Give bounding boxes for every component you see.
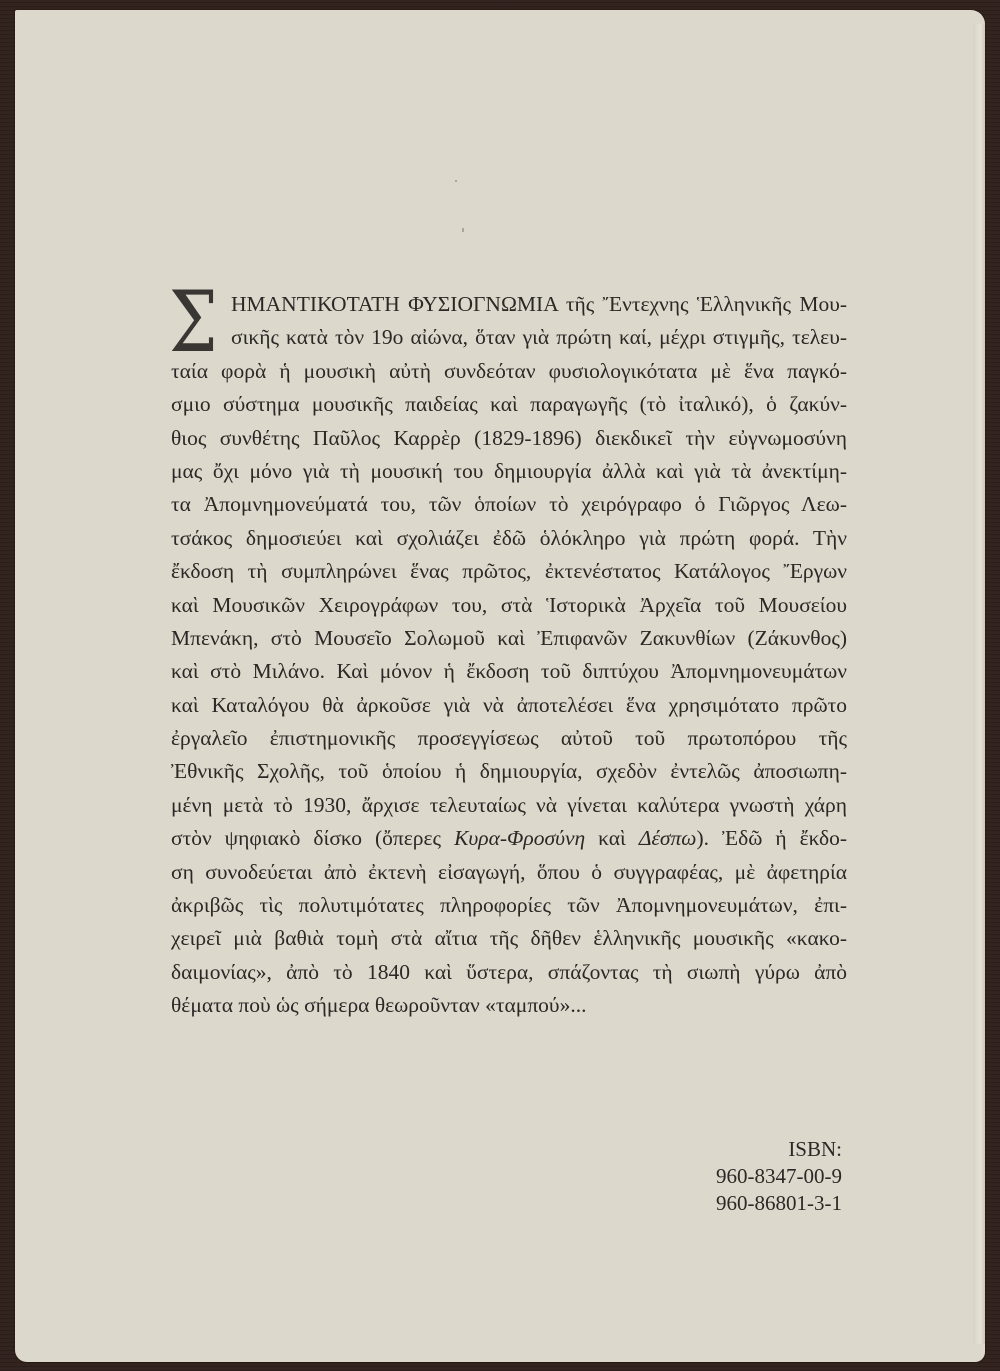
opera-title: Κυρα-Φροσύνη bbox=[454, 826, 585, 850]
isbn-number: 960-8347-00-9 bbox=[700, 1163, 842, 1190]
blurb-line: τσάκος δημοσιεύει καὶ σχολιάζει ἐδῶ ὁλόκ… bbox=[171, 522, 847, 555]
blurb-line: τα Ἀπομνημονεύματά του, τῶν ὁποίων τὸ χε… bbox=[171, 488, 847, 521]
blurb-line: χειρεῖ μιὰ βαθιὰ τομὴ στὰ αἴτια τῆς δῆθε… bbox=[171, 922, 847, 955]
paper-speck bbox=[455, 180, 457, 182]
blurb-line: καὶ Καταλόγου θὰ ἀρκοῦσε γιὰ νὰ ἀποτελέσ… bbox=[171, 689, 847, 722]
text-segment: ). Ἐδῶ ἡ ἔκδο- bbox=[696, 826, 847, 850]
blurb-line: καὶ Μουσικῶν Χειρογράφων του, στὰ Ἱστορι… bbox=[171, 589, 847, 622]
blurb-text: Σ ΗΜΑΝΤΙΚΟΤΑΤΗ ΦΥΣΙΟΓΝΩΜΙΑ τῆς Ἔντεχνης … bbox=[171, 288, 847, 1023]
drop-cap: Σ bbox=[169, 290, 215, 354]
page-edge bbox=[973, 24, 985, 1344]
text-segment: καὶ bbox=[585, 826, 639, 850]
blurb-line: μένη μετὰ τὸ 1930, ἄρχισε τελευταίως νὰ … bbox=[171, 789, 847, 822]
isbn-number: 960-86801-3-1 bbox=[700, 1190, 842, 1217]
blurb-line: καὶ στὸ Μιλάνο. Καὶ μόνον ἡ ἔκδοση τοῦ δ… bbox=[171, 655, 847, 688]
blurb-line: σικῆς κατὰ τὸν 19ο αἰώνα, ὅταν γιὰ πρώτη… bbox=[171, 321, 847, 354]
blurb-line: θέματα ποὺ ὡς σήμερα θεωροῦνταν «ταμπού»… bbox=[171, 989, 847, 1022]
opera-title: Δέσπω bbox=[639, 826, 697, 850]
blurb-line: δαιμονίας», ἀπὸ τὸ 1840 καὶ ὕστερα, σπάζ… bbox=[171, 956, 847, 989]
blurb-line: ἐργαλεῖο ἐπιστημονικῆς προσεγγίσεως αὐτο… bbox=[171, 722, 847, 755]
isbn-block: ISBN: 960-8347-00-9 960-86801-3-1 bbox=[700, 1136, 842, 1217]
blurb-line: ταία φορὰ ἡ μουσικὴ αὐτὴ συνδεόταν φυσιο… bbox=[171, 355, 847, 388]
blurb-line: Ἐθνικῆς Σχολῆς, τοῦ ὁποίου ἡ δημιουργία,… bbox=[171, 755, 847, 788]
blurb-line: ΗΜΑΝΤΙΚΟΤΑΤΗ ΦΥΣΙΟΓΝΩΜΙΑ τῆς Ἔντεχνης Ἑλ… bbox=[171, 288, 847, 321]
blurb-line: θιος συνθέτης Παῦλος Καρρὲρ (1829-1896) … bbox=[171, 422, 847, 455]
blurb-line: Μπενάκη, στὸ Μουσεῖο Σολωμοῦ καὶ Ἐπιφανῶ… bbox=[171, 622, 847, 655]
text-segment: στὸν ψηφιακὸ δίσκο (ὄπερες bbox=[171, 826, 454, 850]
blurb-line-with-titles: στὸν ψηφιακὸ δίσκο (ὄπερες Κυρα-Φροσύνη … bbox=[171, 822, 847, 855]
blurb-line: σμιο σύστημα μουσικῆς παιδείας καὶ παραγ… bbox=[171, 388, 847, 421]
isbn-label: ISBN: bbox=[700, 1136, 842, 1163]
blurb-line: ἔκδοση τὴ συμπληρώνει ἕνας πρῶτος, ἐκτεν… bbox=[171, 555, 847, 588]
blurb-line: μας ὄχι μόνο γιὰ τὴ μουσική του δημιουργ… bbox=[171, 455, 847, 488]
blurb-line: ἀκριβῶς τὶς πολυτιμότατες πληροφορίες τῶ… bbox=[171, 889, 847, 922]
paper-speck bbox=[462, 228, 464, 232]
blurb-line: ση συνοδεύεται ἀπὸ ἐκτενὴ εἰσαγωγή, ὅπου… bbox=[171, 856, 847, 889]
